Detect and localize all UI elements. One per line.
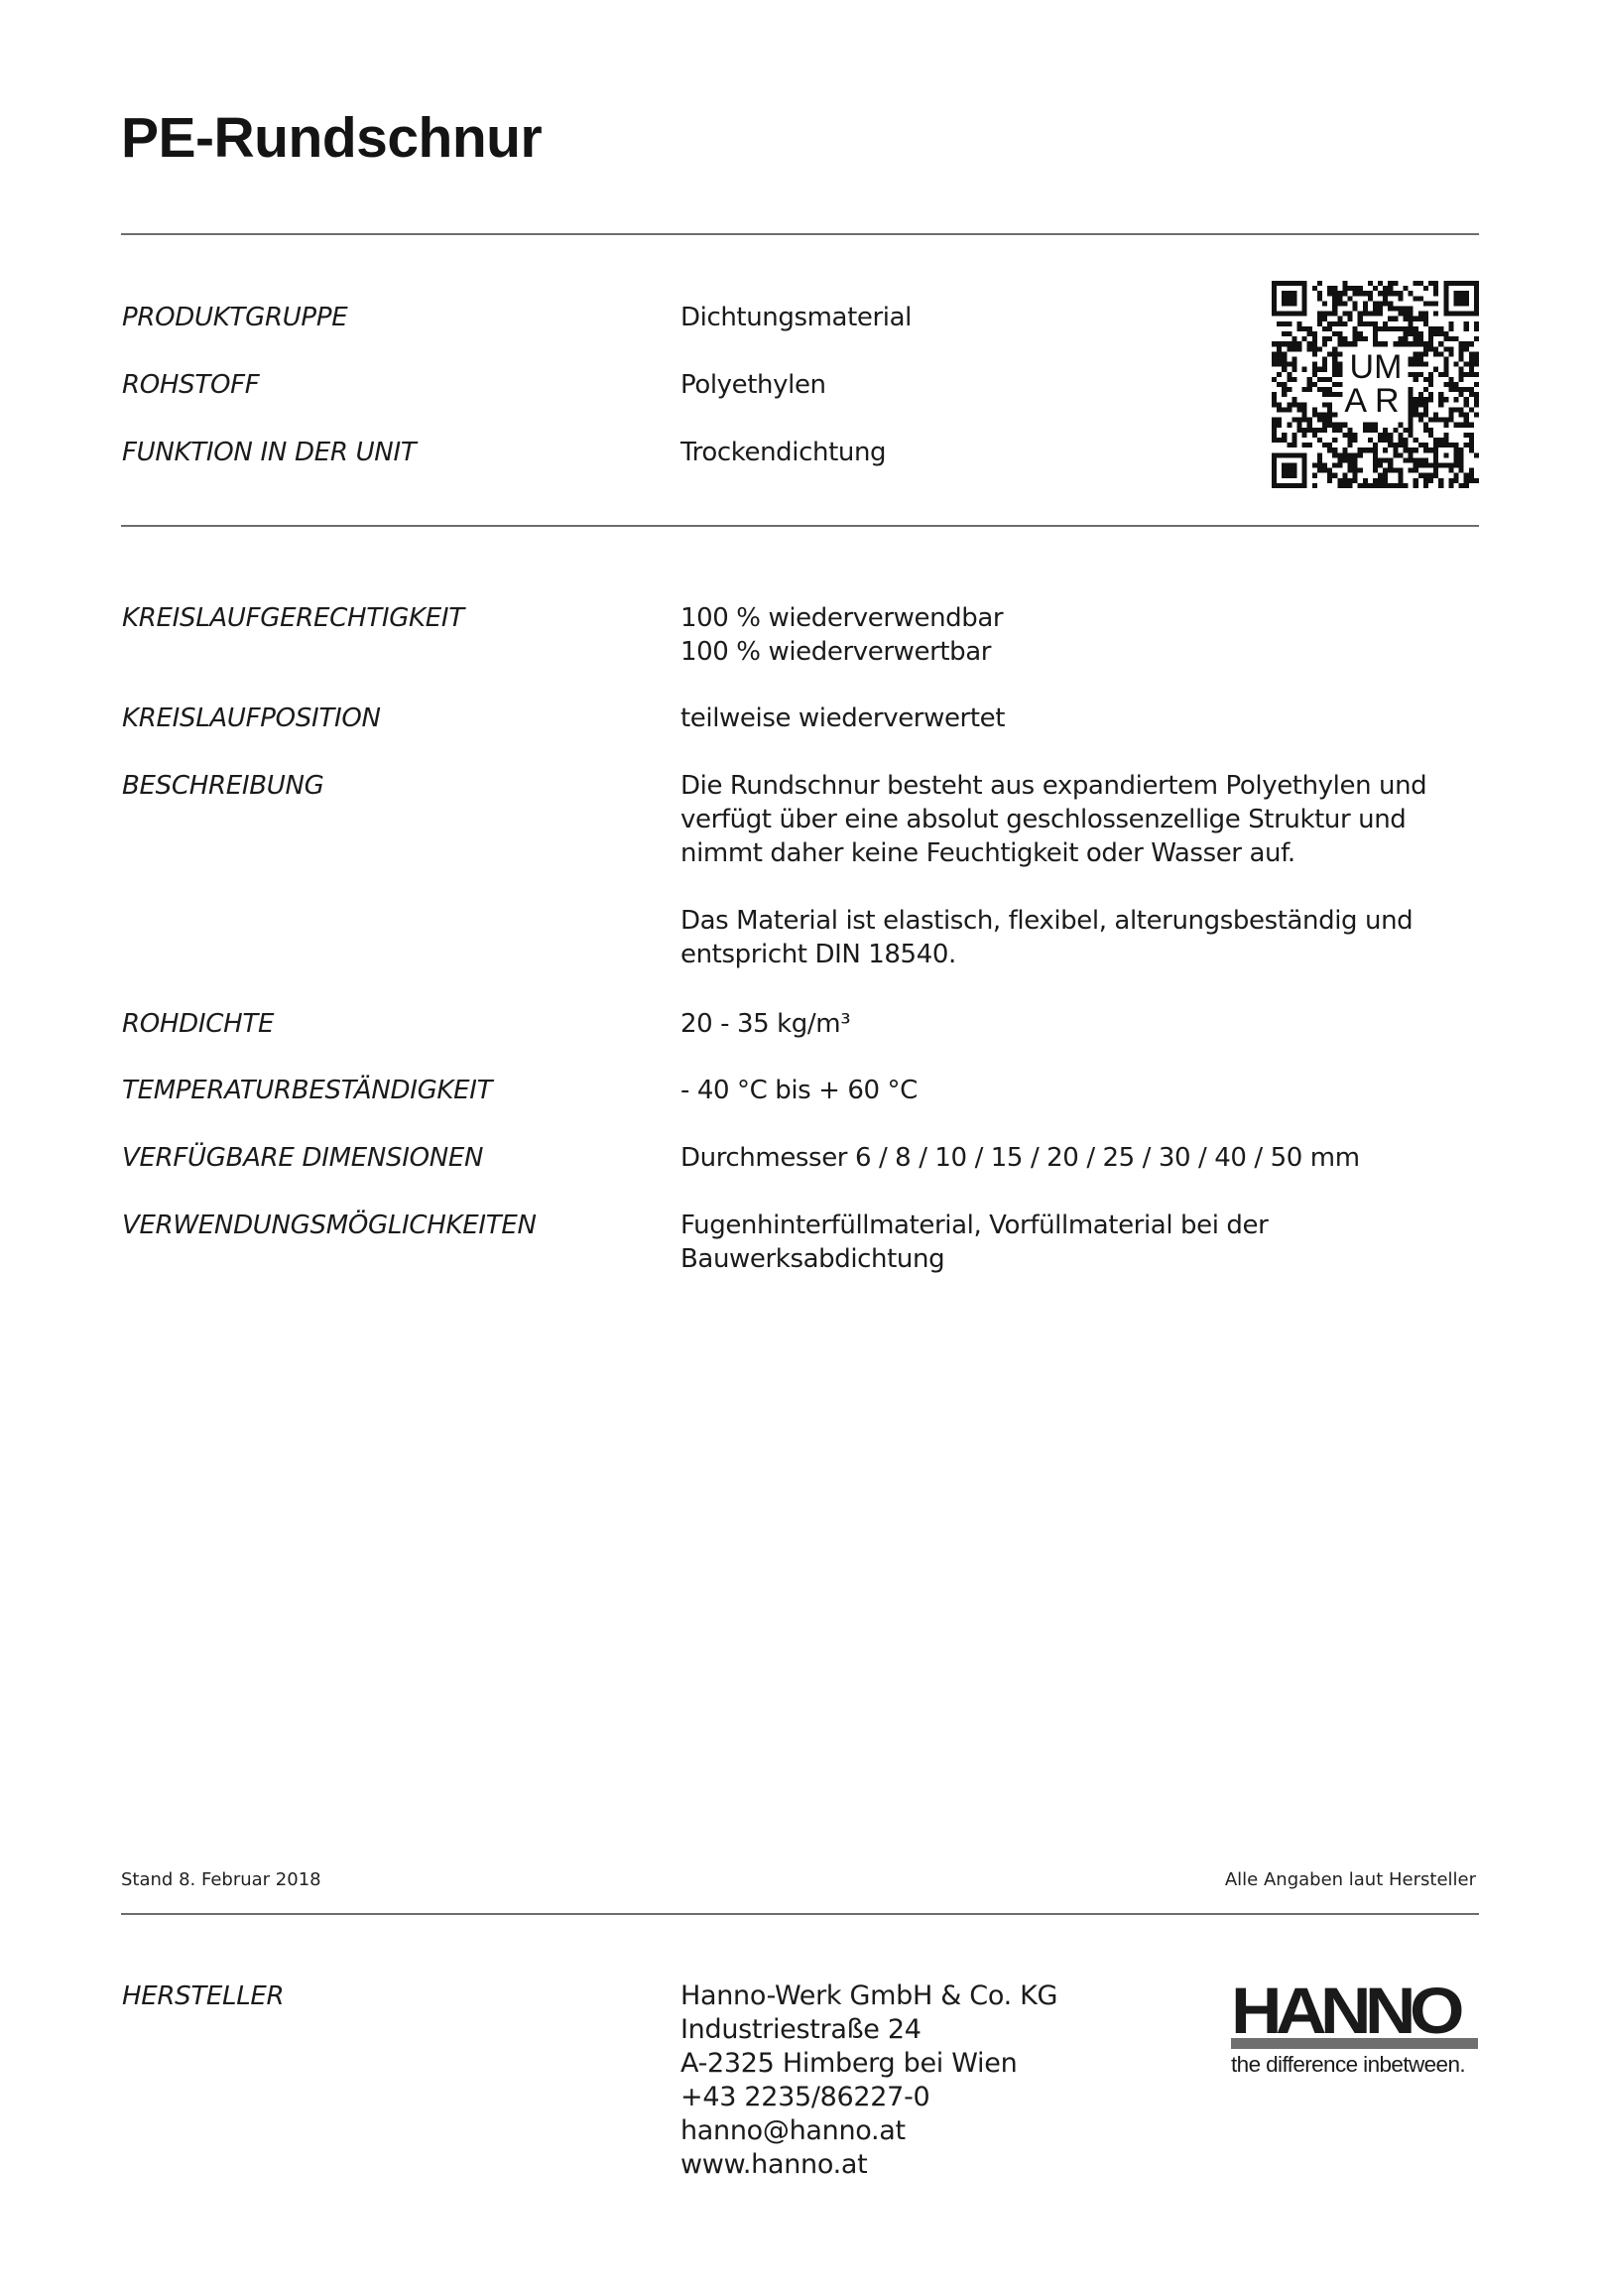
value-line: 100 % wiederverwertbar <box>680 635 1464 669</box>
email-link[interactable]: hanno@hanno.at <box>680 2114 1057 2148</box>
description-line: Das Material ist elastisch, flexibel, al… <box>680 904 1464 938</box>
description-line: verfügt über eine absolut geschlossenzel… <box>680 803 1464 836</box>
value-verwendungsmoeglichkeiten: Fugenhinterfüllmaterial, Vorfüllmaterial… <box>680 1209 1464 1276</box>
value-line: Fugenhinterfüllmaterial, Vorfüllmaterial… <box>680 1209 1464 1242</box>
manufacturer-address: Hanno-Werk GmbH & Co. KG Industriestraße… <box>680 1979 1057 2182</box>
label-verwendungsmoeglichkeiten: VERWENDUNGSMÖGLICHKEITEN <box>122 1209 537 1242</box>
qr-center-text-top: UM <box>1344 350 1408 384</box>
value-kreislaufposition: teilweise wiederverwertet <box>680 702 1464 735</box>
company-name: Hanno-Werk GmbH & Co. KG <box>680 1979 1057 2013</box>
label-kreislaufposition: KREISLAUFPOSITION <box>122 702 381 735</box>
value-beschreibung: Die Rundschnur besteht aus expandiertem … <box>680 769 1464 971</box>
phone: +43 2235/86227-0 <box>680 2081 1057 2114</box>
logo-wordmark: HANNO <box>1231 1982 1499 2036</box>
label-rohdichte: ROHDICHTE <box>122 1007 274 1041</box>
divider-top <box>121 233 1479 235</box>
description-line: entspricht DIN 18540. <box>680 938 1464 971</box>
label-beschreibung: BESCHREIBUNG <box>122 769 324 803</box>
value-rohdichte: 20 - 35 kg/m³ <box>680 1007 1464 1041</box>
street: Industriestraße 24 <box>680 2013 1057 2047</box>
qr-code: UM AR <box>1272 281 1479 488</box>
value-line: 100 % wiederverwendbar <box>680 601 1464 635</box>
label-kreislaufgerechtigkeit: KREISLAUFGERECHTIGKEIT <box>122 601 464 635</box>
value-kreislaufgerechtigkeit: 100 % wiederverwendbar 100 % wiederverwe… <box>680 601 1464 669</box>
qr-center-badge: UM AR <box>1344 348 1408 420</box>
logo-bar <box>1231 2038 1478 2049</box>
value-verfuegbare-dimensionen: Durchmesser 6 / 8 / 10 / 15 / 20 / 25 / … <box>680 1141 1464 1175</box>
page-title: PE-Rundschnur <box>121 103 542 173</box>
qr-center-text-bottom: AR <box>1344 384 1408 418</box>
paragraph-gap <box>680 870 1464 904</box>
value-temperaturbestaendigkeit: - 40 °C bis + 60 °C <box>680 1074 1464 1107</box>
label-rohstoff: ROHSTOFF <box>122 368 259 402</box>
description-line: nimmt daher keine Feuchtigkeit oder Wass… <box>680 836 1464 870</box>
date-note: Stand 8. Februar 2018 <box>121 1869 321 1891</box>
logo-tagline: the difference inbetween. <box>1231 2052 1465 2078</box>
description-line: Die Rundschnur besteht aus expandiertem … <box>680 769 1464 803</box>
value-line: Bauwerksabdichtung <box>680 1242 1464 1276</box>
label-funktion: FUNKTION IN DER UNIT <box>122 436 416 469</box>
divider-footer <box>121 1913 1479 1915</box>
website-link[interactable]: www.hanno.at <box>680 2148 1057 2182</box>
label-verfuegbare-dimensionen: VERFÜGBARE DIMENSIONEN <box>122 1141 483 1175</box>
city: A-2325 Himberg bei Wien <box>680 2047 1057 2081</box>
label-hersteller: HERSTELLER <box>122 1979 284 2013</box>
divider-middle <box>121 525 1479 527</box>
source-note: Alle Angaben laut Hersteller <box>1225 1869 1476 1891</box>
label-produktgruppe: PRODUKTGRUPPE <box>122 301 347 334</box>
hanno-logo: HANNO the difference inbetween. <box>1231 1982 1479 2082</box>
label-temperaturbestaendigkeit: TEMPERATURBESTÄNDIGKEIT <box>122 1074 492 1107</box>
